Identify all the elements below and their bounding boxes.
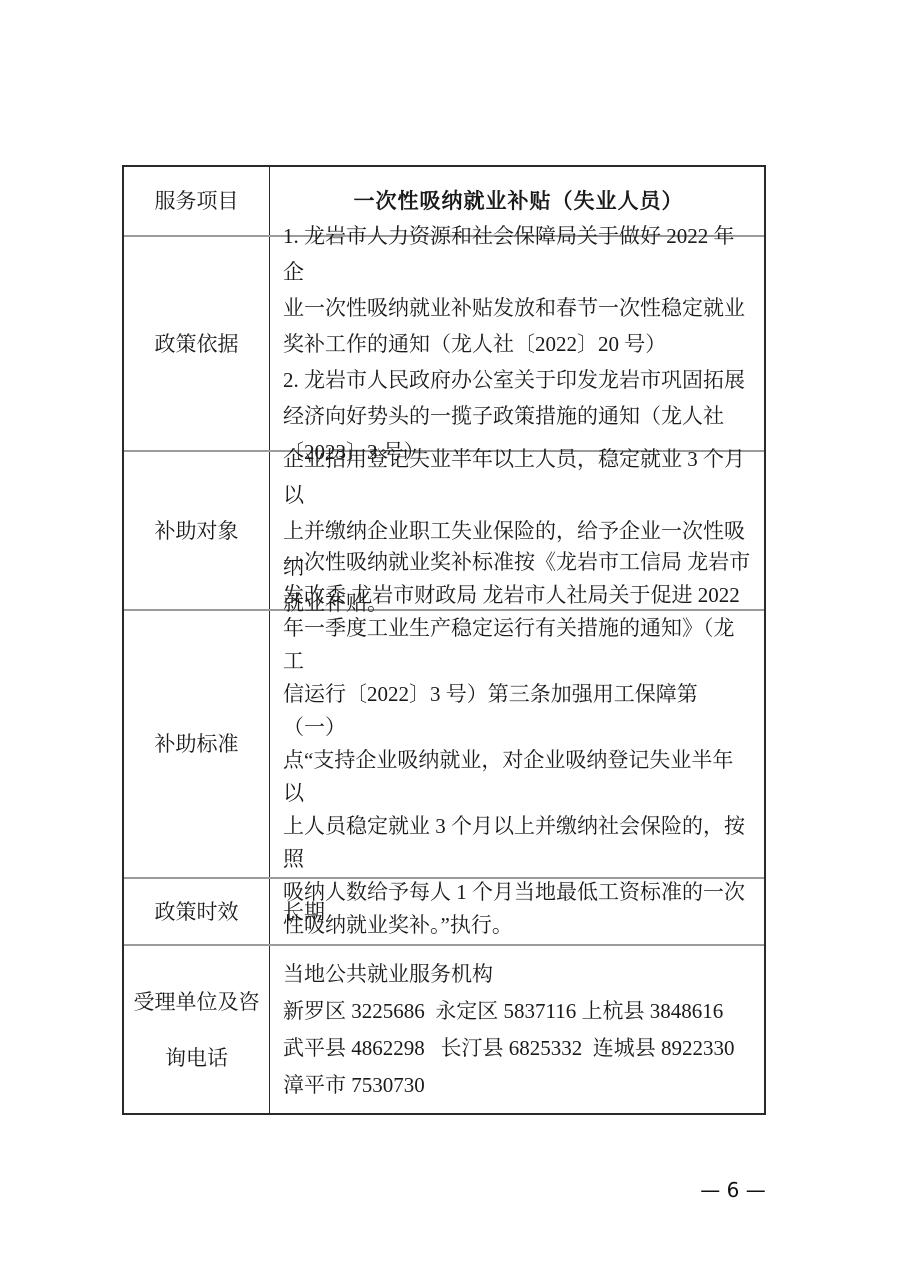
- policy-validity-text: 长期: [283, 894, 325, 930]
- row-label-text: 补助标准: [155, 727, 239, 761]
- row-label-text: 受理单位及咨询电话: [133, 974, 260, 1086]
- row-content: 1. 龙岩市人力资源和社会保障局关于做好 2022 年企 业一次性吸纳就业补贴发…: [270, 237, 764, 450]
- policy-basis-text: 1. 龙岩市人力资源和社会保障局关于做好 2022 年企 业一次性吸纳就业补贴发…: [283, 218, 754, 470]
- row-content: 长期: [270, 879, 764, 944]
- row-label: 政策依据: [124, 237, 270, 450]
- row-label: 受理单位及咨询电话: [124, 946, 270, 1113]
- row-label-text: 政策依据: [155, 327, 239, 361]
- table-row-policy-basis: 政策依据 1. 龙岩市人力资源和社会保障局关于做好 2022 年企 业一次性吸纳…: [124, 235, 764, 450]
- table-row-acceptance-unit: 受理单位及咨询电话 当地公共就业服务机构 新罗区 3225686 永定区 583…: [124, 944, 764, 1113]
- row-content: 当地公共就业服务机构 新罗区 3225686 永定区 5837116 上杭县 3…: [270, 946, 764, 1113]
- document-page: 服务项目 一次性吸纳就业补贴（失业人员） 政策依据 1. 龙岩市人力资源和社会保…: [0, 0, 900, 1273]
- row-content: 一次性吸纳就业奖补标准按《龙岩市工信局 龙岩市 发改委 龙岩市财政局 龙岩市人社…: [270, 611, 764, 877]
- policy-table: 服务项目 一次性吸纳就业补贴（失业人员） 政策依据 1. 龙岩市人力资源和社会保…: [122, 165, 766, 1115]
- row-label: 服务项目: [124, 167, 270, 235]
- row-label-text: 服务项目: [155, 184, 239, 218]
- table-row-subsidy-standard: 补助标准 一次性吸纳就业奖补标准按《龙岩市工信局 龙岩市 发改委 龙岩市财政局 …: [124, 609, 764, 877]
- acceptance-unit-text: 当地公共就业服务机构 新罗区 3225686 永定区 5837116 上杭县 3…: [283, 956, 735, 1104]
- row-label: 补助标准: [124, 611, 270, 877]
- row-label-text: 政策时效: [155, 895, 239, 929]
- row-label: 政策时效: [124, 879, 270, 944]
- table-row-policy-validity: 政策时效 长期: [124, 877, 764, 944]
- row-label: 补助对象: [124, 452, 270, 609]
- page-number: — 6 —: [677, 1178, 789, 1202]
- row-label-text: 补助对象: [155, 514, 239, 548]
- subsidy-title: 一次性吸纳就业补贴（失业人员）: [354, 183, 684, 219]
